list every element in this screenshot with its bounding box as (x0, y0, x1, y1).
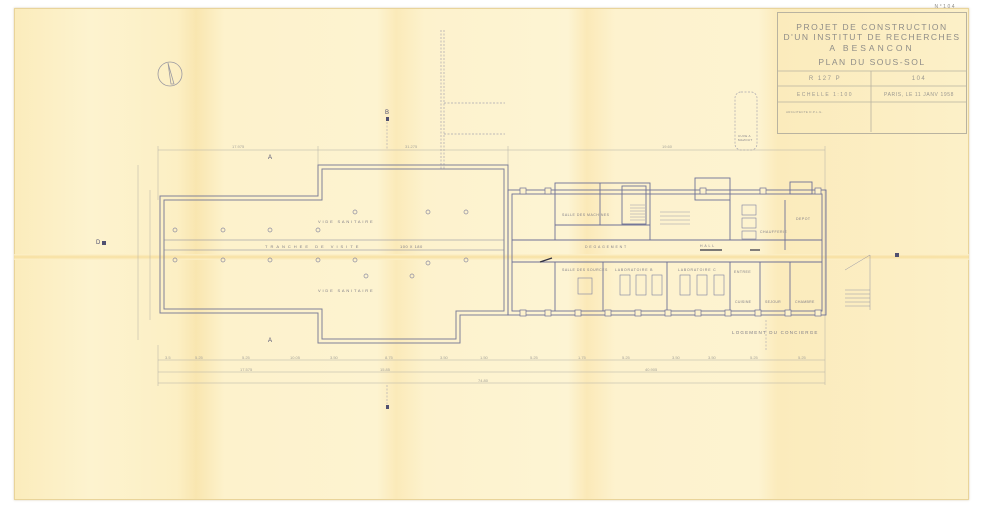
section-marker-d-east (895, 253, 899, 257)
dim-bottom: 5.25 (530, 355, 538, 360)
label-entree: ENTREE (734, 270, 751, 274)
dim-bottom: 1.50 (480, 355, 488, 360)
dim-bottom: 5.25 (195, 355, 203, 360)
label-laboratoire-c: LABORATOIRE C (678, 268, 716, 272)
place-date: PARIS, LE 11 JANV 1958 (872, 92, 966, 98)
plan-title: PLAN DU SOUS-SOL (778, 57, 966, 67)
label-cuve-mazout: CUVE A MAZOUT (738, 134, 756, 142)
label-salle-sources: SALLE DES SOURCES (562, 268, 608, 272)
dim-bottom-total: 74.80 (478, 378, 488, 383)
label-tranchee: TRANCHEE DE VISITE (265, 244, 361, 249)
sheet-reference: N°104 (778, 4, 966, 10)
dim-bottom-sub: 17.575 (240, 367, 252, 372)
section-label-a-top: A (268, 155, 274, 161)
label-cuisine: CUISINE (735, 300, 751, 304)
label-laboratoire-b: LABORATOIRE B (615, 268, 653, 272)
dim-bottom: 8.75 (385, 355, 393, 360)
scale-label: ECHELLE 1:100 (778, 92, 872, 98)
architect-stamp: ARCHITECTE D.P.L.G. (786, 110, 856, 114)
drawing-number: R 127 P (778, 76, 872, 82)
label-tranchee-dim: 100 X 180 (400, 244, 423, 249)
dim-bottom: 3.50 (440, 355, 448, 360)
dim-bottom: 1.75 (578, 355, 586, 360)
label-vide-sanitaire-top: VIDE SANITAIRE (318, 219, 374, 224)
project-title-line3: A BESANCON (778, 43, 966, 53)
dim-bottom-sub: 15.85 (380, 367, 390, 372)
dim-bottom: 10.05 (290, 355, 300, 360)
dim-top-1: 17.975 (232, 144, 244, 149)
label-depot: DEPOT (796, 217, 811, 221)
project-title-line2: D'UN INSTITUT DE RECHERCHES (778, 32, 966, 42)
section-label-a-bottom: A (268, 338, 274, 344)
project-title-line1: PROJET DE CONSTRUCTION (778, 22, 966, 32)
dim-bottom: 3.50 (708, 355, 716, 360)
dim-bottom: 3.5 (165, 355, 171, 360)
section-label-b: B (385, 110, 391, 116)
title-block: N°104 PROJET DE CONSTRUCTION D'UN INSTIT… (777, 12, 967, 134)
section-label-d: D (96, 240, 102, 246)
dim-bottom: 5.25 (242, 355, 250, 360)
label-logement-concierge: LOGEMENT DU CONCIERGE (732, 330, 819, 335)
label-salle-machines: SALLE DES MACHINES (562, 213, 610, 217)
dim-bottom: 3.50 (672, 355, 680, 360)
label-hall: HALL (700, 244, 716, 248)
dim-bottom: 5.25 (798, 355, 806, 360)
section-marker-d-west (102, 241, 106, 245)
dim-top-3: 19.60 (662, 144, 672, 149)
label-sejour: SEJOUR (765, 300, 781, 304)
dim-bottom: 5.25 (750, 355, 758, 360)
dim-bottom: 3.50 (330, 355, 338, 360)
section-marker-b-south (386, 405, 389, 409)
label-degagement: DEGAGEMENT (585, 245, 628, 249)
north-arrow-icon (158, 62, 182, 86)
label-chaufferie: CHAUFFERIE (760, 230, 787, 234)
dim-bottom: 5.25 (622, 355, 630, 360)
section-marker-b-north (386, 117, 389, 121)
dim-top-2: 31.275 (405, 144, 417, 149)
dim-bottom-sub: 40.905 (645, 367, 657, 372)
label-vide-sanitaire-bottom: VIDE SANITAIRE (318, 288, 374, 293)
label-chambre: CHAMBRE (795, 300, 815, 304)
sheet-number: 104 (872, 76, 966, 82)
